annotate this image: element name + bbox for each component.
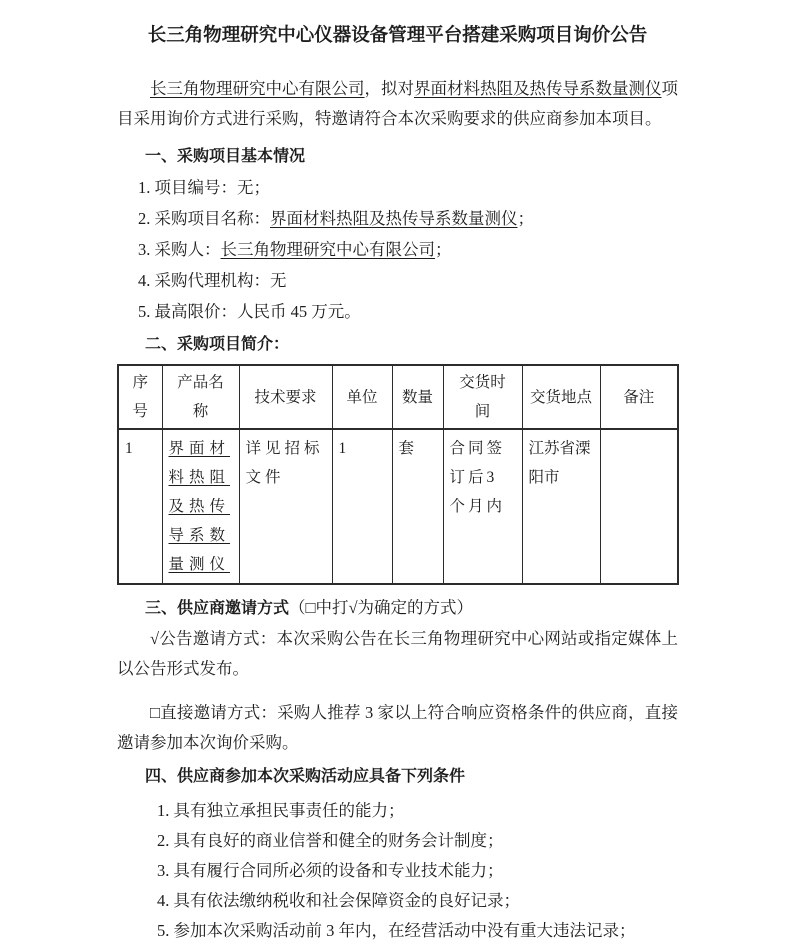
list-item: 1. 具有独立承担民事责任的能力； — [157, 796, 678, 826]
item-text: 2. 采购项目名称： — [138, 209, 270, 228]
item-underlined: 界面材料热阻及热传导系数量测仪 — [270, 209, 518, 228]
document-content: 长三角物理研究中心仪器设备管理平台搭建采购项目询价公告 长三角物理研究中心有限公… — [0, 0, 789, 946]
table-row: 1 界面材料热阻及热传导系数量测仪 详见招标文件 1 套 合同签订后3个月内 江… — [118, 429, 678, 584]
cell-tech: 详见招标文件 — [239, 429, 332, 584]
announce-invitation-text: 公告邀请方式：本次采购公告在长三角物理研究中心网站或指定媒体上以公告形式发布。 — [117, 629, 678, 678]
list-item: 3. 具有履行合同所必须的设备和专业技术能力； — [157, 856, 678, 886]
cell-product-underlined: 界面材料热阻及热传导系数量测仪 — [169, 440, 231, 573]
col-header-qty: 数量 — [392, 365, 443, 429]
announce-invitation-paragraph: √公告邀请方式：本次采购公告在长三角物理研究中心网站或指定媒体上以公告形式发布。 — [117, 624, 678, 684]
section3-heading-bold: 三、供应商邀请方式 — [145, 600, 289, 617]
cell-no: 1 — [118, 429, 162, 584]
cell-qty: 套 — [392, 429, 443, 584]
item-underlined: 长三角物理研究中心有限公司 — [221, 240, 436, 259]
section4-heading: 四、供应商参加本次采购活动应具备下列条件 — [145, 762, 678, 792]
procurement-table: 序号 产品名称 技术要求 单位 数量 交货时间 交货地点 备注 1 界面材料热阻… — [117, 364, 679, 585]
intro-mid-text: ，拟对 — [365, 79, 415, 98]
cell-remark — [600, 429, 678, 584]
direct-invitation-paragraph: □直接邀请方式：采购人推荐 3 家以上符合响应资格条件的供应商，直接邀请参加本次… — [117, 698, 678, 758]
checkbox-icon: □ — [150, 703, 160, 722]
item-text: 5. 最高限价：人民币 45 万元。 — [138, 302, 361, 321]
col-header-unit: 单位 — [332, 365, 392, 429]
item-text: 3. 采购人： — [138, 240, 221, 259]
document-page: 长三角物理研究中心仪器设备管理平台搭建采购项目询价公告 长三角物理研究中心有限公… — [0, 0, 789, 946]
item-suffix: ； — [518, 209, 535, 228]
section4-list: 1. 具有独立承担民事责任的能力； 2. 具有良好的商业信誉和健全的财务会计制度… — [117, 796, 678, 946]
list-item: 2. 具有良好的商业信誉和健全的财务会计制度； — [157, 826, 678, 856]
col-header-tech: 技术要求 — [239, 365, 332, 429]
col-header-delivery-place: 交货地点 — [522, 365, 600, 429]
col-header-no: 序号 — [118, 365, 162, 429]
intro-item-underlined: 界面材料热阻及热传导系数量测仪 — [414, 79, 662, 98]
list-item: 4. 采购代理机构：无 — [138, 265, 678, 296]
intro-company-underlined: 长三角物理研究中心有限公司 — [150, 79, 365, 98]
section1-heading: 一、采购项目基本情况 — [145, 142, 678, 172]
table-header-row: 序号 产品名称 技术要求 单位 数量 交货时间 交货地点 备注 — [118, 365, 678, 429]
check-mark-icon: √ — [150, 629, 159, 648]
list-item: 2. 采购项目名称：界面材料热阻及热传导系数量测仪； — [138, 203, 678, 234]
col-header-product: 产品名称 — [162, 365, 239, 429]
list-item: 5. 参加本次采购活动前 3 年内，在经营活动中没有重大违法记录； — [157, 916, 678, 946]
direct-invitation-text: 直接邀请方式：采购人推荐 3 家以上符合响应资格条件的供应商，直接邀请参加本次询… — [117, 703, 678, 752]
list-item: 5. 最高限价：人民币 45 万元。 — [138, 296, 678, 327]
cell-unit: 1 — [332, 429, 392, 584]
cell-delivery-place: 江苏省溧阳市 — [522, 429, 600, 584]
section1-list: 1. 项目编号：无； 2. 采购项目名称：界面材料热阻及热传导系数量测仪； 3.… — [117, 172, 678, 327]
item-text: 4. 采购代理机构：无 — [138, 271, 287, 290]
list-item: 3. 采购人：长三角物理研究中心有限公司； — [138, 234, 678, 265]
col-header-remark: 备注 — [600, 365, 678, 429]
cell-delivery-time: 合同签订后3个月内 — [443, 429, 522, 584]
intro-paragraph: 长三角物理研究中心有限公司，拟对界面材料热阻及热传导系数量测仪项目采用询价方式进… — [117, 74, 678, 134]
section3-heading: 三、供应商邀请方式（□中打√为确定的方式） — [145, 593, 678, 624]
list-item: 1. 项目编号：无； — [138, 172, 678, 203]
section2-heading: 二、采购项目简介： — [145, 330, 678, 360]
col-header-delivery-time: 交货时间 — [443, 365, 522, 429]
page-title: 长三角物理研究中心仪器设备管理平台搭建采购项目询价公告 — [117, 20, 678, 50]
item-text: 1. 项目编号：无； — [138, 178, 270, 197]
item-suffix: ； — [435, 240, 452, 259]
list-item: 4. 具有依法缴纳税收和社会保障资金的良好记录； — [157, 886, 678, 916]
cell-product: 界面材料热阻及热传导系数量测仪 — [162, 429, 239, 584]
section3-heading-note: （□中打√为确定的方式） — [289, 598, 473, 617]
